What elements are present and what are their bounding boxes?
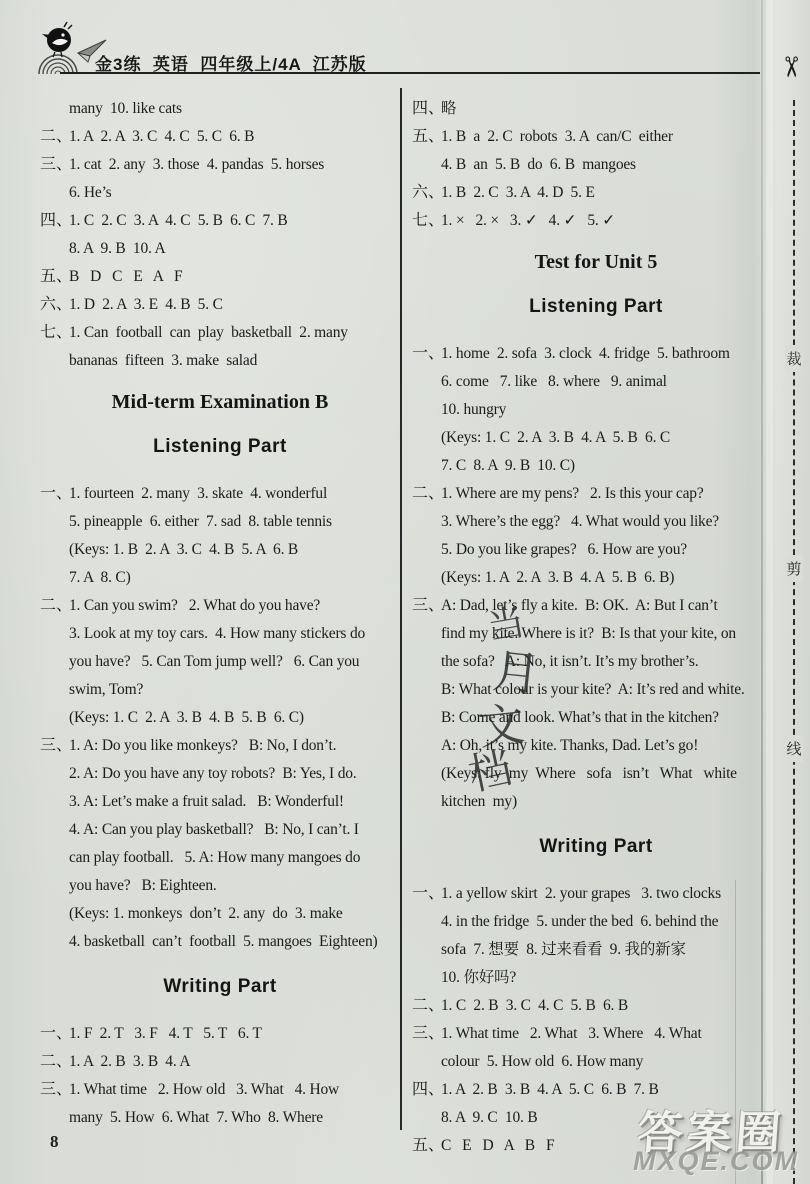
answer-item: 六、1. D 2. A 3. E 4. B 5. C	[40, 291, 400, 319]
answer-line: 1. fourteen 2. many 3. skate 4. wonderfu…	[69, 480, 400, 508]
answer-line: 1. B 2. C 3. A 4. D 5. E	[441, 179, 780, 207]
item-body: 1. A 2. B 3. B 4. A	[69, 1048, 400, 1076]
answer-line: 6. He’s	[69, 179, 400, 207]
answer-line: you have? 5. Can Tom jump well? 6. Can y…	[69, 648, 400, 676]
cut-label-cai: 裁	[785, 345, 803, 372]
answer-item: 七、1. × 2. × 3. ✓ 4. ✓ 5. ✓	[412, 207, 780, 235]
answer-line: 5. Do you like grapes? 6. How are you?	[441, 536, 780, 564]
answer-line: (Keys: 1. monkeys don’t 2. any do 3. mak…	[69, 900, 400, 928]
section-heading: Test for Unit 5	[412, 248, 780, 276]
answer-item: 三、1. What time 2. How old 3. What 4. How…	[40, 1076, 400, 1132]
right-column: 四、略五、1. B a 2. C robots 3. A can/C eithe…	[400, 95, 780, 1160]
answer-item: 四、1. C 2. C 3. A 4. C 5. B 6. C 7. B8. A…	[40, 207, 400, 263]
item-body: A: Dad, let’s fly a kite. B: OK. A: But …	[441, 592, 780, 816]
item-body: 1. × 2. × 3. ✓ 4. ✓ 5. ✓	[441, 207, 780, 235]
answer-line: B D C E A F	[69, 263, 400, 291]
item-marker: 一、	[412, 340, 441, 480]
answer-line: colour 5. How old 6. How many	[441, 1048, 780, 1076]
item-body: 1. B a 2. C robots 3. A can/C either4. B…	[441, 123, 780, 179]
answer-line: 1. Can football can play basketball 2. m…	[69, 319, 400, 347]
answer-line: 6. come 7. like 8. where 9. animal	[441, 368, 780, 396]
answer-item: 七、1. Can football can play basketball 2.…	[40, 319, 400, 375]
section-heading: Writing Part	[412, 834, 780, 860]
item-marker: 三、	[412, 1020, 441, 1076]
answer-line: 1. C 2. B 3. C 4. C 5. B 6. B	[441, 992, 780, 1020]
item-body: 1. A 2. A 3. C 4. C 5. C 6. B	[69, 123, 400, 151]
scissors-icon: ✂	[774, 55, 808, 78]
answer-line: (Keys: 1. C 2. A 3. B 4. A 5. B 6. C	[441, 424, 780, 452]
answer-line: 4. in the fridge 5. under the bed 6. beh…	[441, 908, 780, 936]
item-marker: 三、	[412, 592, 441, 816]
item-body: 1. Where are my pens? 2. Is this your ca…	[441, 480, 780, 592]
section-heading: Writing Part	[40, 974, 400, 1000]
item-marker: 一、	[412, 880, 441, 992]
answer-item: 二、1. A 2. A 3. C 4. C 5. C 6. B	[40, 123, 400, 151]
item-marker: 一、	[40, 480, 69, 592]
answer-line: (Keys: fly my Where sofa isn’t What whit…	[441, 760, 780, 788]
item-body: 1. D 2. A 3. E 4. B 5. C	[69, 291, 400, 319]
item-marker	[40, 95, 69, 123]
item-marker: 五、	[412, 1132, 441, 1160]
answer-line: (Keys: 1. B 2. A 3. C 4. B 5. A 6. B	[69, 536, 400, 564]
answer-item: 三、1. What time 2. What 3. Where 4. Whatc…	[412, 1020, 780, 1076]
answer-item: 一、1. home 2. sofa 3. clock 4. fridge 5. …	[412, 340, 780, 480]
item-marker: 三、	[40, 1076, 69, 1132]
cut-label-xian: 线	[785, 735, 803, 762]
item-body: 1. C 2. B 3. C 4. C 5. B 6. B	[441, 992, 780, 1020]
answer-line: 7. C 8. A 9. B 10. C)	[441, 452, 780, 480]
answer-line: kitchen my)	[441, 788, 780, 816]
answer-item: 三、1. cat 2. any 3. those 4. pandas 5. ho…	[40, 151, 400, 207]
item-marker: 四、	[40, 207, 69, 263]
header-rule	[60, 72, 760, 74]
item-body: 1. fourteen 2. many 3. skate 4. wonderfu…	[69, 480, 400, 592]
answer-line: 1. What time 2. What 3. Where 4. What	[441, 1020, 780, 1048]
item-body: 1. Can you swim? 2. What do you have?3. …	[69, 592, 400, 732]
page-number: 8	[50, 1132, 59, 1152]
answer-item: 二、1. Where are my pens? 2. Is this your …	[412, 480, 780, 592]
scanned-answer-page: 金3练 英语 四年级上/4A 江苏版 many 10. like cats二、1…	[0, 0, 810, 1184]
answer-line: sofa 7. 想要 8. 过来看看 9. 我的新家	[441, 936, 780, 964]
answer-line: 1. × 2. × 3. ✓ 4. ✓ 5. ✓	[441, 207, 780, 235]
answer-line: 1. home 2. sofa 3. clock 4. fridge 5. ba…	[441, 340, 780, 368]
cut-label-jian: 剪	[785, 555, 803, 582]
left-column: many 10. like cats二、1. A 2. A 3. C 4. C …	[40, 95, 400, 1132]
answer-line: B: Come and look. What’s that in the kit…	[441, 704, 780, 732]
item-body: 1. What time 2. What 3. Where 4. Whatcol…	[441, 1020, 780, 1076]
section-heading: Listening Part	[412, 294, 780, 320]
answer-item: many 10. like cats	[40, 95, 400, 123]
answer-item: 三、A: Dad, let’s fly a kite. B: OK. A: Bu…	[412, 592, 780, 816]
answer-line: 7. A 8. C)	[69, 564, 400, 592]
item-body: 1. Can football can play basketball 2. m…	[69, 319, 400, 375]
answer-line: 10. 你好吗?	[441, 964, 780, 992]
answer-line: 3. Look at my toy cars. 4. How many stic…	[69, 620, 400, 648]
item-marker: 六、	[40, 291, 69, 319]
item-body: 1. A: Do you like monkeys? B: No, I don’…	[69, 732, 400, 956]
answer-line: 1. A 2. A 3. C 4. C 5. C 6. B	[69, 123, 400, 151]
answer-line: 1. B a 2. C robots 3. A can/C either	[441, 123, 780, 151]
answer-line: 1. What time 2. How old 3. What 4. How	[69, 1076, 400, 1104]
answer-item: 四、略	[412, 95, 780, 123]
paper-fold-line	[761, 0, 763, 1184]
paper-fold-highlight	[766, 0, 773, 1184]
answer-line: (Keys: 1. C 2. A 3. B 4. B 5. B 6. C)	[69, 704, 400, 732]
watermark-site: MXQE.COM	[633, 1146, 799, 1177]
answer-line: can play football. 5. A: How many mangoe…	[69, 844, 400, 872]
answer-line: 4. A: Can you play basketball? B: No, I …	[69, 816, 400, 844]
item-body: 略	[441, 95, 780, 123]
item-body: 1. home 2. sofa 3. clock 4. fridge 5. ba…	[441, 340, 780, 480]
item-body: 1. cat 2. any 3. those 4. pandas 5. hors…	[69, 151, 400, 207]
item-marker: 二、	[40, 1048, 69, 1076]
answer-line: 5. pineapple 6. either 7. sad 8. table t…	[69, 508, 400, 536]
section-heading: Listening Part	[40, 434, 400, 460]
answer-line: 2. A: Do you have any toy robots? B: Yes…	[69, 760, 400, 788]
answer-line: many 5. How 6. What 7. Who 8. Where	[69, 1104, 400, 1132]
answer-item: 二、1. C 2. B 3. C 4. C 5. B 6. B	[412, 992, 780, 1020]
answer-line: 4. B an 5. B do 6. B mangoes	[441, 151, 780, 179]
answer-line: 8. A 9. B 10. A	[69, 235, 400, 263]
answer-item: 五、B D C E A F	[40, 263, 400, 291]
answer-line: find my kite. Where is it? B: Is that yo…	[441, 620, 780, 648]
answer-line: you have? B: Eighteen.	[69, 872, 400, 900]
answer-item: 三、1. A: Do you like monkeys? B: No, I do…	[40, 732, 400, 956]
item-marker: 三、	[40, 732, 69, 956]
answer-line: many 10. like cats	[69, 95, 400, 123]
item-marker: 二、	[40, 123, 69, 151]
item-body: 1. B 2. C 3. A 4. D 5. E	[441, 179, 780, 207]
answer-line: 1. A 2. B 3. B 4. A	[69, 1048, 400, 1076]
answer-item: 二、1. Can you swim? 2. What do you have?3…	[40, 592, 400, 732]
answer-line: 3. Where’s the egg? 4. What would you li…	[441, 508, 780, 536]
answer-line: A: Oh, it’s my kite. Thanks, Dad. Let’s …	[441, 732, 780, 760]
item-body: 1. What time 2. How old 3. What 4. Howma…	[69, 1076, 400, 1132]
item-marker: 七、	[412, 207, 441, 235]
answer-line: swim, Tom?	[69, 676, 400, 704]
item-marker: 二、	[412, 480, 441, 592]
answer-line: bananas fifteen 3. make salad	[69, 347, 400, 375]
answer-item: 一、1. F 2. T 3. F 4. T 5. T 6. T	[40, 1020, 400, 1048]
bird-icon	[42, 22, 72, 57]
answer-line: 1. F 2. T 3. F 4. T 5. T 6. T	[69, 1020, 400, 1048]
answer-line: A: Dad, let’s fly a kite. B: OK. A: But …	[441, 592, 780, 620]
cut-dashed-line	[793, 100, 795, 1184]
answer-item: 一、1. a yellow skirt 2. your grapes 3. tw…	[412, 880, 780, 992]
item-marker: 六、	[412, 179, 441, 207]
item-body: 1. F 2. T 3. F 4. T 5. T 6. T	[69, 1020, 400, 1048]
item-marker: 七、	[40, 319, 69, 375]
answer-line: 1. Can you swim? 2. What do you have?	[69, 592, 400, 620]
answer-columns: many 10. like cats二、1. A 2. A 3. C 4. C …	[40, 95, 780, 1160]
answer-line: 1. C 2. C 3. A 4. C 5. B 6. C 7. B	[69, 207, 400, 235]
answer-line: (Keys: 1. A 2. A 3. B 4. A 5. B 6. B)	[441, 564, 780, 592]
item-marker: 五、	[412, 123, 441, 179]
item-body: 1. C 2. C 3. A 4. C 5. B 6. C 7. B8. A 9…	[69, 207, 400, 263]
answer-item: 二、1. A 2. B 3. B 4. A	[40, 1048, 400, 1076]
item-marker: 二、	[40, 592, 69, 732]
item-marker: 五、	[40, 263, 69, 291]
item-marker: 四、	[412, 1076, 441, 1132]
answer-line: 1. A: Do you like monkeys? B: No, I don’…	[69, 732, 400, 760]
item-body: many 10. like cats	[69, 95, 400, 123]
answer-line: 1. cat 2. any 3. those 4. pandas 5. hors…	[69, 151, 400, 179]
answer-line: 4. basketball can’t football 5. mangoes …	[69, 928, 400, 956]
column-divider	[400, 88, 402, 1130]
item-marker: 一、	[40, 1020, 69, 1048]
answer-line: 1. Where are my pens? 2. Is this your ca…	[441, 480, 780, 508]
answer-line: 10. hungry	[441, 396, 780, 424]
answer-item: 一、1. fourteen 2. many 3. skate 4. wonder…	[40, 480, 400, 592]
answer-line: B: What colour is your kite? A: It’s red…	[441, 676, 780, 704]
answer-line: the sofa? A: No, it isn’t. It’s my broth…	[441, 648, 780, 676]
answer-line: 略	[441, 95, 780, 123]
item-body: 1. a yellow skirt 2. your grapes 3. two …	[441, 880, 780, 992]
answer-line: 1. D 2. A 3. E 4. B 5. C	[69, 291, 400, 319]
answer-line: 1. a yellow skirt 2. your grapes 3. two …	[441, 880, 780, 908]
item-marker: 二、	[412, 992, 441, 1020]
item-body: B D C E A F	[69, 263, 400, 291]
answer-line: 3. A: Let’s make a fruit salad. B: Wonde…	[69, 788, 400, 816]
answer-item: 六、1. B 2. C 3. A 4. D 5. E	[412, 179, 780, 207]
section-heading: Mid-term Examination B	[40, 388, 400, 416]
item-marker: 四、	[412, 95, 441, 123]
answer-item: 五、1. B a 2. C robots 3. A can/C either4.…	[412, 123, 780, 179]
item-marker: 三、	[40, 151, 69, 207]
